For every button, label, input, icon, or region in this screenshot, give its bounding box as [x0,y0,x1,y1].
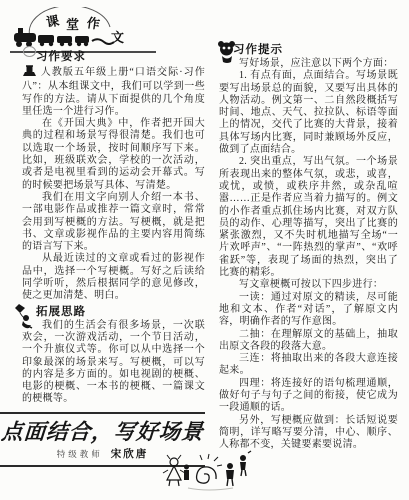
right-column: 习作提示 写好场景，应注意以下两个方面： 1. 有点有面，点面结合。写场景既要写… [219,43,398,452]
section-heading-ideas: 拓展思路 [36,305,205,319]
left-column: 习作要求 人教版五年级上册“口语交际·习作八”：从本组课文中，我们可以学到一些写… [22,50,205,471]
paragraph: 在《开国大典》中，作者把开国大典的过程和场景写得很清楚。我们也可以选取一个场景，… [22,118,205,192]
section-heading-label: 习作要求 [36,51,86,63]
kid-with-kite-icon [14,303,36,333]
inkwell-icon [22,65,37,81]
kid-face-icon [217,40,237,68]
paragraph: 我们在用文字向别人介绍一本书、一部电影作品或推荐一篇文章时，常常会用到写梗概的方… [22,192,205,253]
paragraph: 从最近读过的文章或看过的影视作品中，选择一个写梗概。写好之后读给同学听听，然后根… [22,253,205,302]
byline-author: 宋欣唐 [111,448,149,460]
paragraph: 一读：通过对原文的精读，尽可能地和文本、作者“对话”，了解原文内容，明确作者的写… [219,292,398,329]
section-heading-label: 拓展思路 [36,306,86,318]
section-heading-label: 习作提示 [233,44,283,56]
paragraph: 人教版五年级上册“口语交际·习作八”：从本组课文中，我们可以学到一些写作的方法。… [22,65,205,118]
byline-role: 特级教师 [57,448,103,460]
section-heading-tips: 习作提示 [233,43,398,57]
circle-doodle-icon [23,46,36,57]
paragraph: 写文章梗概可按以下四步进行： [219,279,398,291]
paragraph-text: 人教版五年级上册“口语交际·习作八”：从本组课文中，我们可以学到一些写作的方法。… [22,67,205,117]
paragraph: 四理：将连接好的语句梳理通顺，做好句子与句子之间的衔接，使它成为一段通顺的话。 [219,378,398,415]
section-heading-requirements: 习作要求 [36,50,205,64]
paragraph: 我们的生活会有很多场景，一次联欢会，一次游戏活动，一个节日活动，一个升旗仪式等。… [22,320,205,406]
paragraph: 写好场景，应注意以下两个方面： [219,58,398,70]
children-doodle-icon [158,450,254,499]
paragraph: 二抽：在理解原文的基础上，抽取出原文各段的段落大意。 [219,329,398,354]
paragraph: 三连：将抽取出来的各段大意连接起来。 [219,353,398,378]
paragraph: 另外，写梗概应做到：长话短说要简明，详写略写要分清，中心、顺序、人称都不变，关键… [219,415,398,452]
textbook-page: 课 堂 作 文 习作 [0,0,409,500]
paragraph: 1. 有点有面，点面结合。写场景既要写出场景总的面貌，又要写出具体的人物活动。例… [219,70,398,156]
feature-title: 点面结合，写好场景 [0,419,206,445]
paragraph: 2. 突出重点，写出气氛。一个场景所表现出来的整体气氛，或悲，或喜，或忧，或愤，… [219,156,398,279]
